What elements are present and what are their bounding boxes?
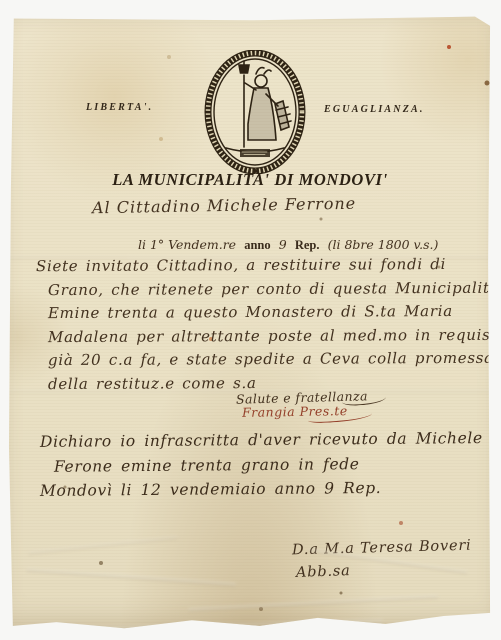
document-title: LA MUNICIPALITA' DI MONDOVI' bbox=[8, 170, 492, 190]
foxing-specks bbox=[8, 16, 10, 18]
wrinkle-crease bbox=[28, 536, 177, 555]
wrinkle-crease bbox=[188, 595, 438, 611]
body-line: già 20 c.a fa, e state spedite a Ceva co… bbox=[36, 347, 476, 373]
red-pen-flourish bbox=[308, 410, 372, 423]
motto-liberta: LIBERTA'. bbox=[86, 102, 153, 113]
date-printed-rep: Rep. bbox=[295, 238, 320, 252]
receipt-line: Mondovì li 12 vendemiaio anno 9 Rep. bbox=[40, 475, 480, 503]
liberty-emblem-icon bbox=[204, 50, 306, 174]
photo-background: LIBERTA'. bbox=[0, 0, 501, 640]
body-line: Grano, che ritenete per conto di questa … bbox=[36, 276, 476, 302]
signature-title: Abb.sa bbox=[296, 563, 351, 581]
signature-name: D.a M.a Teresa Boveri bbox=[292, 538, 472, 559]
date-handwritten-day: li 1° Vendem.re bbox=[138, 237, 236, 252]
letter-body: Siete invitato Cittadino, a restituire s… bbox=[36, 254, 476, 395]
fold-crease bbox=[8, 256, 492, 259]
receipt-line: Dichiaro io infrascritta d'aver ricevuto… bbox=[40, 426, 480, 454]
fold-crease bbox=[8, 390, 492, 393]
receipt-declaration: Dichiaro io infrascritta d'aver ricevuto… bbox=[40, 428, 480, 502]
wrinkle-crease bbox=[63, 620, 383, 631]
date-printed-anno: anno bbox=[244, 238, 270, 252]
pen-flourish bbox=[342, 392, 387, 406]
date-handwritten-year: 9 bbox=[279, 237, 287, 252]
body-line: Emine trenta a questo Monastero di S.ta … bbox=[36, 300, 476, 326]
body-line: Madalena per altrettante poste al med.mo… bbox=[36, 323, 476, 349]
motto-eguaglianza: EGUAGLIANZA. bbox=[324, 104, 425, 115]
date-handwritten-gregorian: (li 8bre 1800 v.s.) bbox=[328, 237, 439, 252]
document-paper: LIBERTA'. bbox=[8, 16, 492, 632]
wrinkle-crease bbox=[26, 569, 236, 587]
addressee-line: Al Cittadino Michele Ferrone bbox=[92, 194, 356, 218]
date-line: li 1° Vendem.re anno 9 Rep. (li 8bre 180… bbox=[136, 237, 440, 253]
